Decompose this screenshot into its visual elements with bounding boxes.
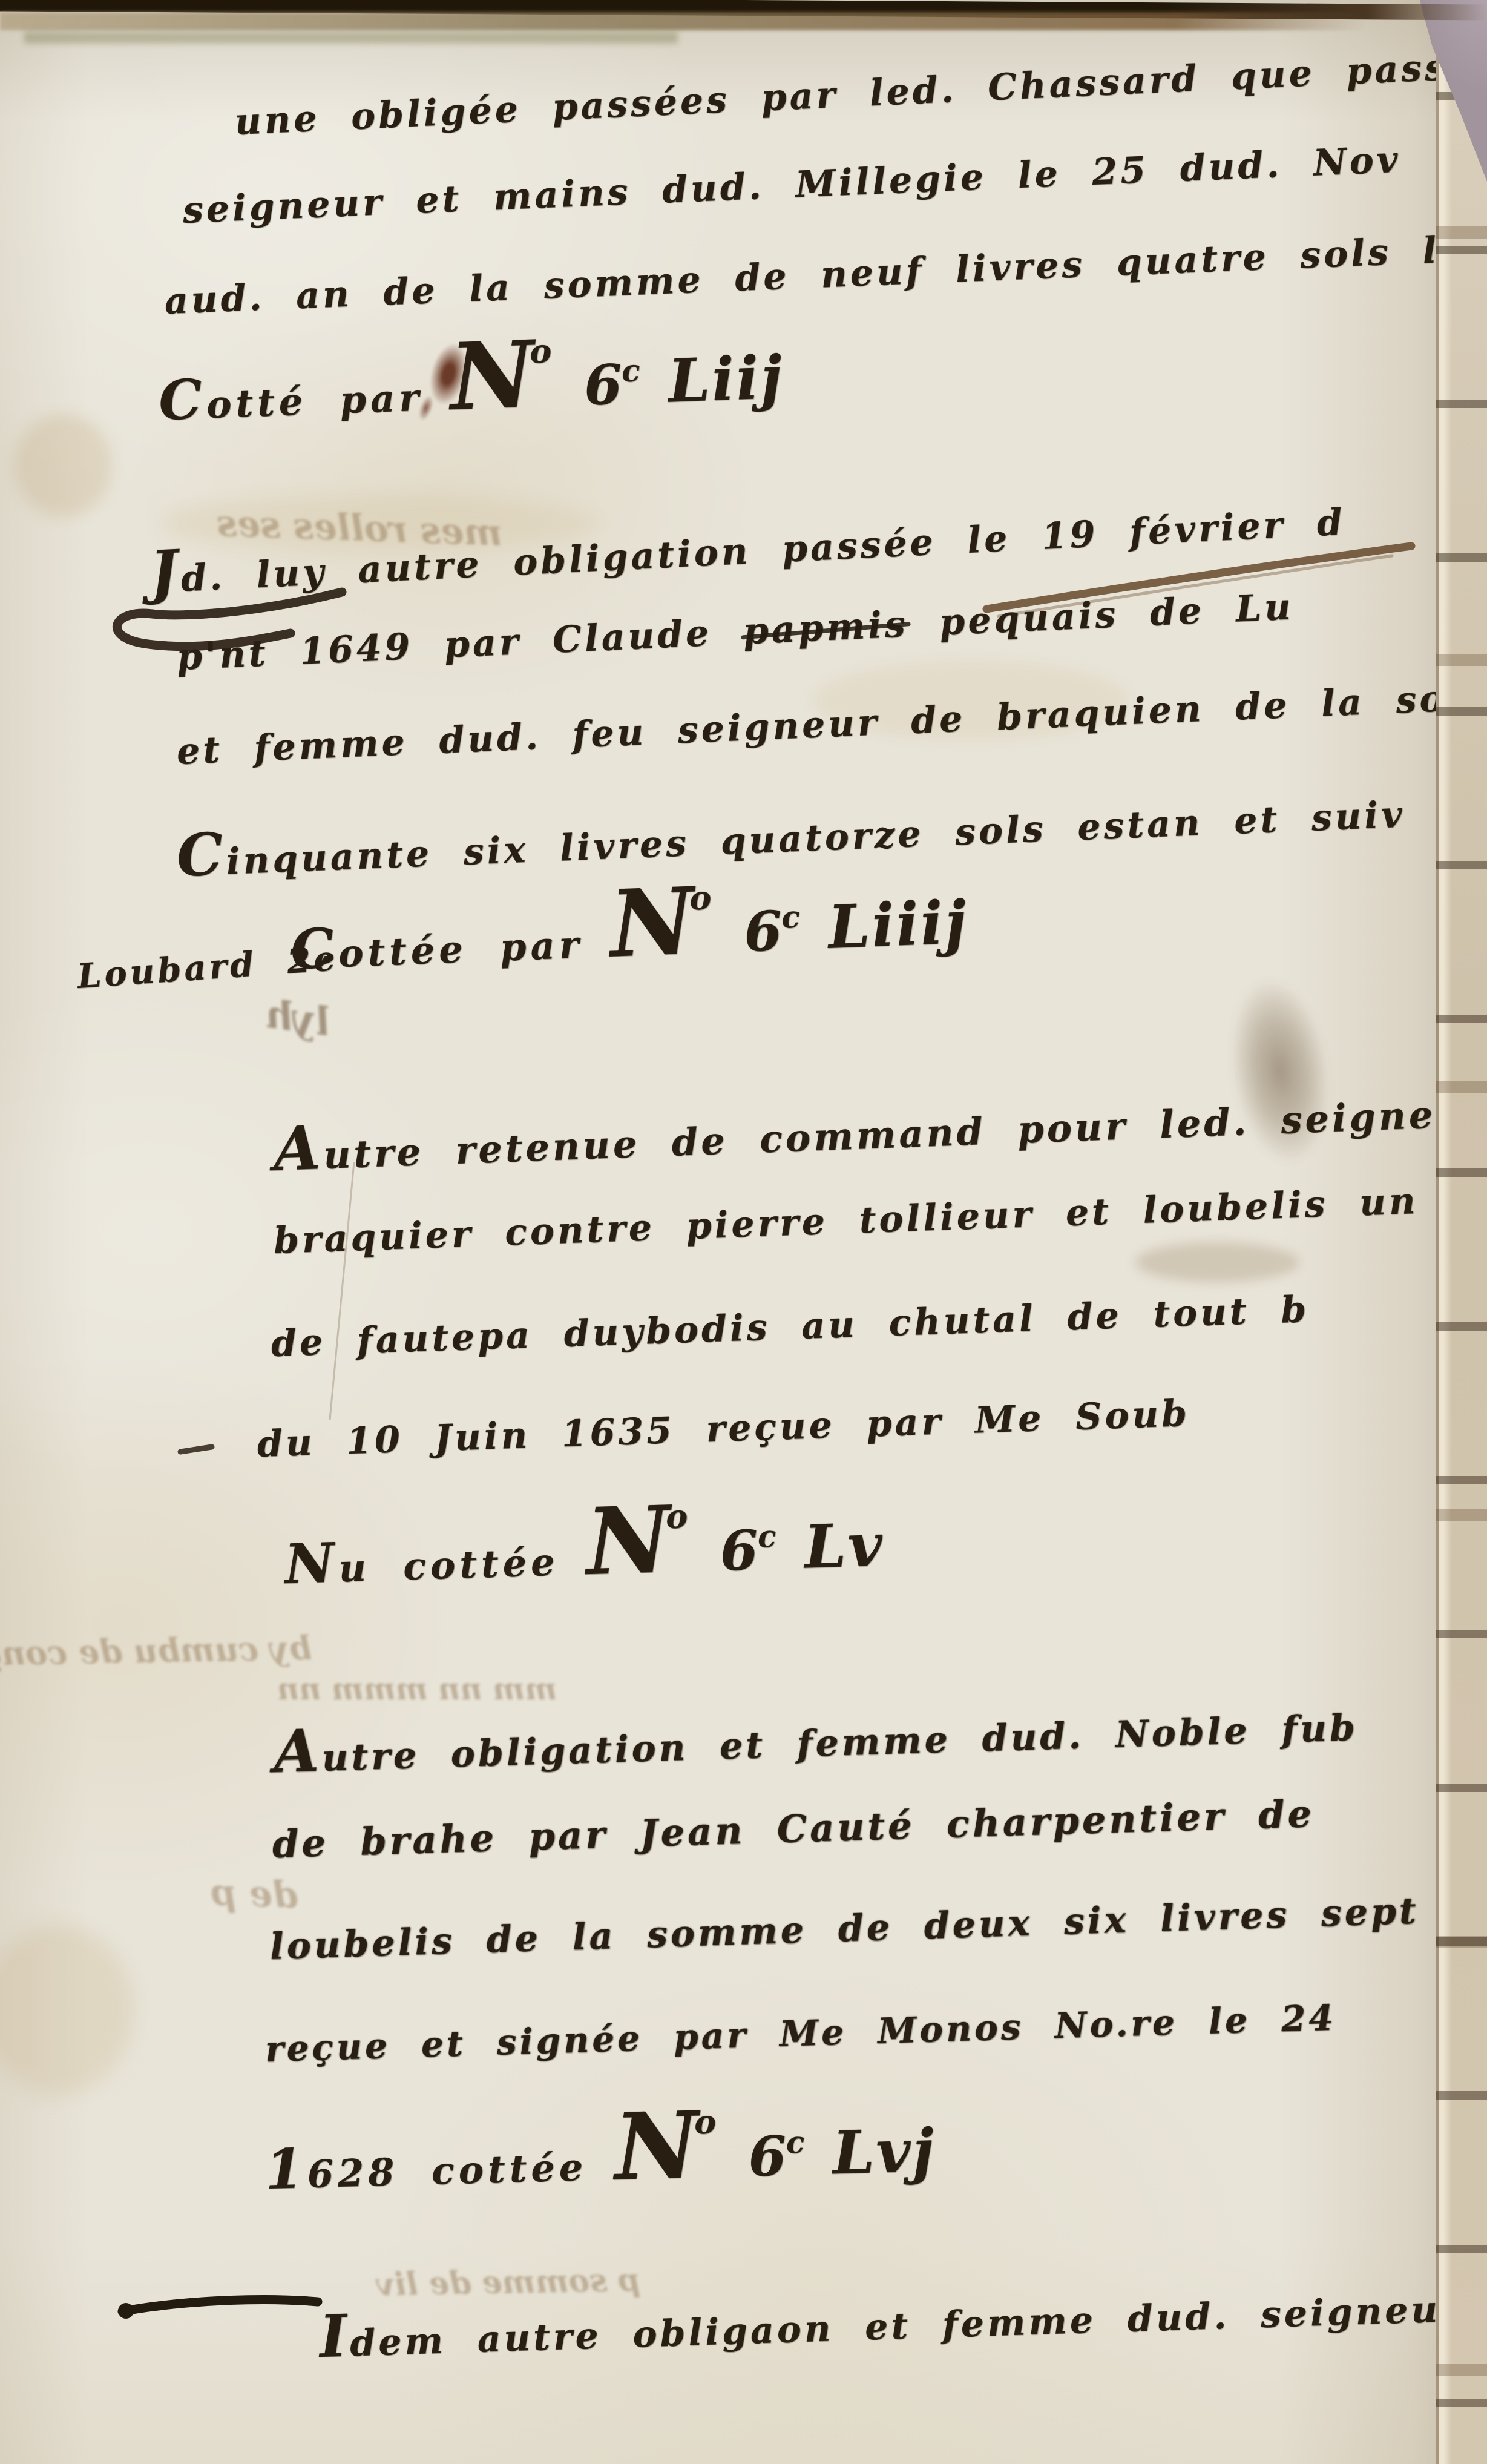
text-segment: p'nt 1649 par Claude [176, 612, 712, 679]
text-line: du 10 Juin 1635 reçue par Me Soub [257, 1395, 1190, 1463]
bleedthrough-text: by cumbu de congsbug dim [0, 1629, 312, 1676]
cote-label: Cottée par [290, 912, 584, 977]
bleedthrough-text: de p [211, 1871, 298, 1917]
top-page-edge-shadow [0, 12, 1368, 30]
bleedthrough-text: p somme de liv [376, 2262, 641, 2304]
numero-monogram: No [609, 895, 717, 954]
cote-label: 1628 cottée [264, 2135, 588, 2198]
text-line: Cinquante six livres quatorze sols estan… [176, 778, 1406, 885]
top-olive-smear [24, 31, 678, 44]
struck-word: papmis [742, 603, 909, 653]
paper-stain [0, 1925, 133, 2095]
text-line: loubelis de la somme de deux six livres … [269, 1892, 1419, 1965]
paper-crease [330, 1162, 354, 1420]
cote-line: Cottée par No 6c Liiij [289, 885, 969, 978]
paper-stain [15, 414, 111, 517]
idem-dash [118, 2303, 134, 2319]
cote-roman-numeral: Liiij [827, 893, 970, 958]
cote-roman-numeral: Liij [667, 348, 784, 412]
numero-monogram: No [614, 2119, 721, 2177]
bleedthrough-text: lyh [262, 991, 333, 1045]
idem-dash [122, 2300, 318, 2311]
manuscript-photo: me les une la somme pour quittance des s… [0, 0, 1487, 2464]
text-line: aud. an de la somme de neuf livres quatr… [164, 231, 1466, 320]
cote-label: Nu cottée [284, 1530, 560, 1592]
text-line: et femme dud. feu seigneur de braquien d… [176, 676, 1487, 770]
page-fore-edge [1436, 21, 1487, 2464]
cote-line: 1628 cottée No 6c Lvj [264, 2113, 937, 2198]
cote-hundreds: 6c [720, 1523, 778, 1579]
cote-line: Nu cottée No 6c Lv [283, 1508, 885, 1593]
paper-stain [1135, 1242, 1299, 1282]
text-segment: pequais de Lu [939, 585, 1295, 644]
paper-page: me les une la somme pour quittance des s… [0, 0, 1487, 2464]
text-line: braquier contre pierre tollieur et loube… [273, 1183, 1419, 1259]
margin-tick [180, 1447, 212, 1452]
cote-hundreds: 6c [743, 903, 801, 960]
numero-monogram: No [585, 1514, 693, 1572]
text-line: seigneur et mains dud. Millegie le 25 du… [182, 142, 1402, 229]
text-line: de fautepa duybodis au chutal de tout b [271, 1291, 1310, 1362]
cote-line: Cotté par No 6c Liij [157, 340, 785, 429]
text-line: reçue et signée par Me Monos No.re le 24 [264, 2000, 1336, 2066]
cote-hundreds: 6c [748, 2129, 806, 2184]
text-line: une obligée passées par led. Chassard qu… [234, 45, 1487, 140]
cote-hundreds: 6c [583, 357, 642, 413]
text-line: Jd. luy autre obligation passée le 19 fé… [149, 486, 1347, 602]
bleedthrough-text: mm nn mmm nn [277, 1671, 557, 1707]
text-line: Autre retenue de command pour led. seign… [272, 1075, 1487, 1180]
cote-roman-numeral: Lvj [832, 2121, 936, 2183]
cote-roman-numeral: Lv [804, 1516, 885, 1578]
numero-monogram: No [449, 348, 557, 407]
text-line: de brahe par Jean Cauté charpentier de [272, 1795, 1315, 1863]
text-line: p'nt 1649 par Claude papmis pequais de L… [176, 588, 1295, 676]
cote-label: Cotté par [158, 365, 424, 429]
